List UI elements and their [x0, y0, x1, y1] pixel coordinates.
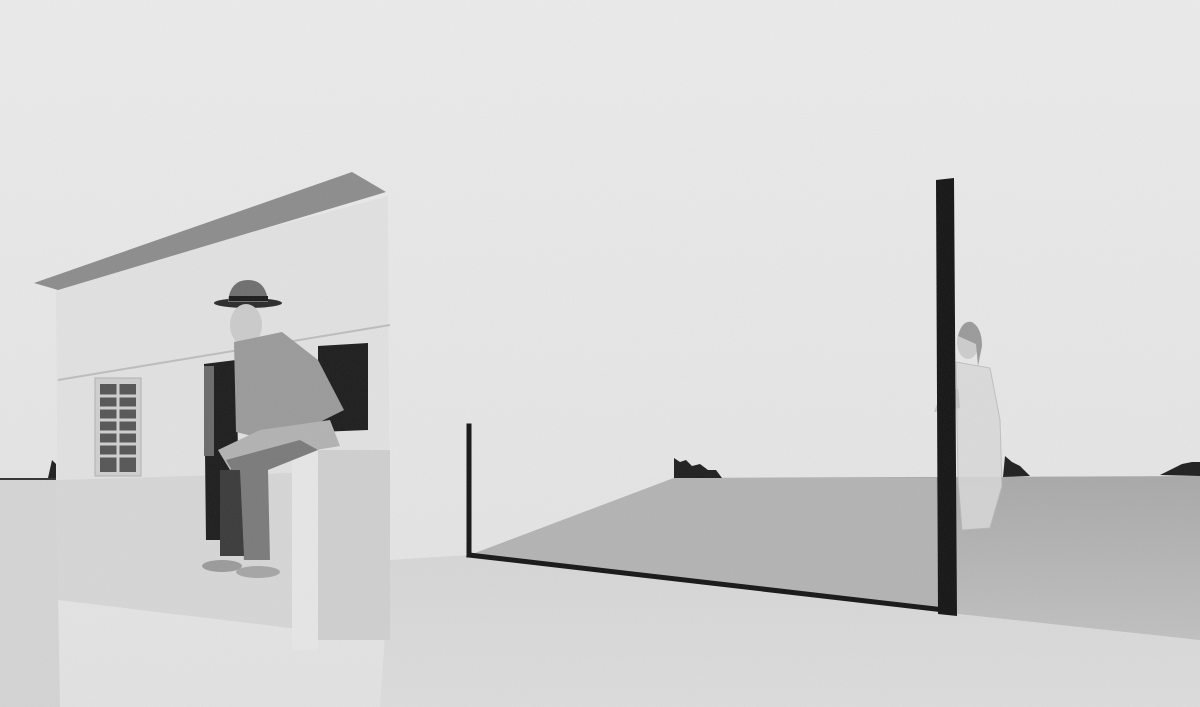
graphite-artwork	[0, 0, 1200, 707]
paper-grain	[0, 0, 1200, 707]
